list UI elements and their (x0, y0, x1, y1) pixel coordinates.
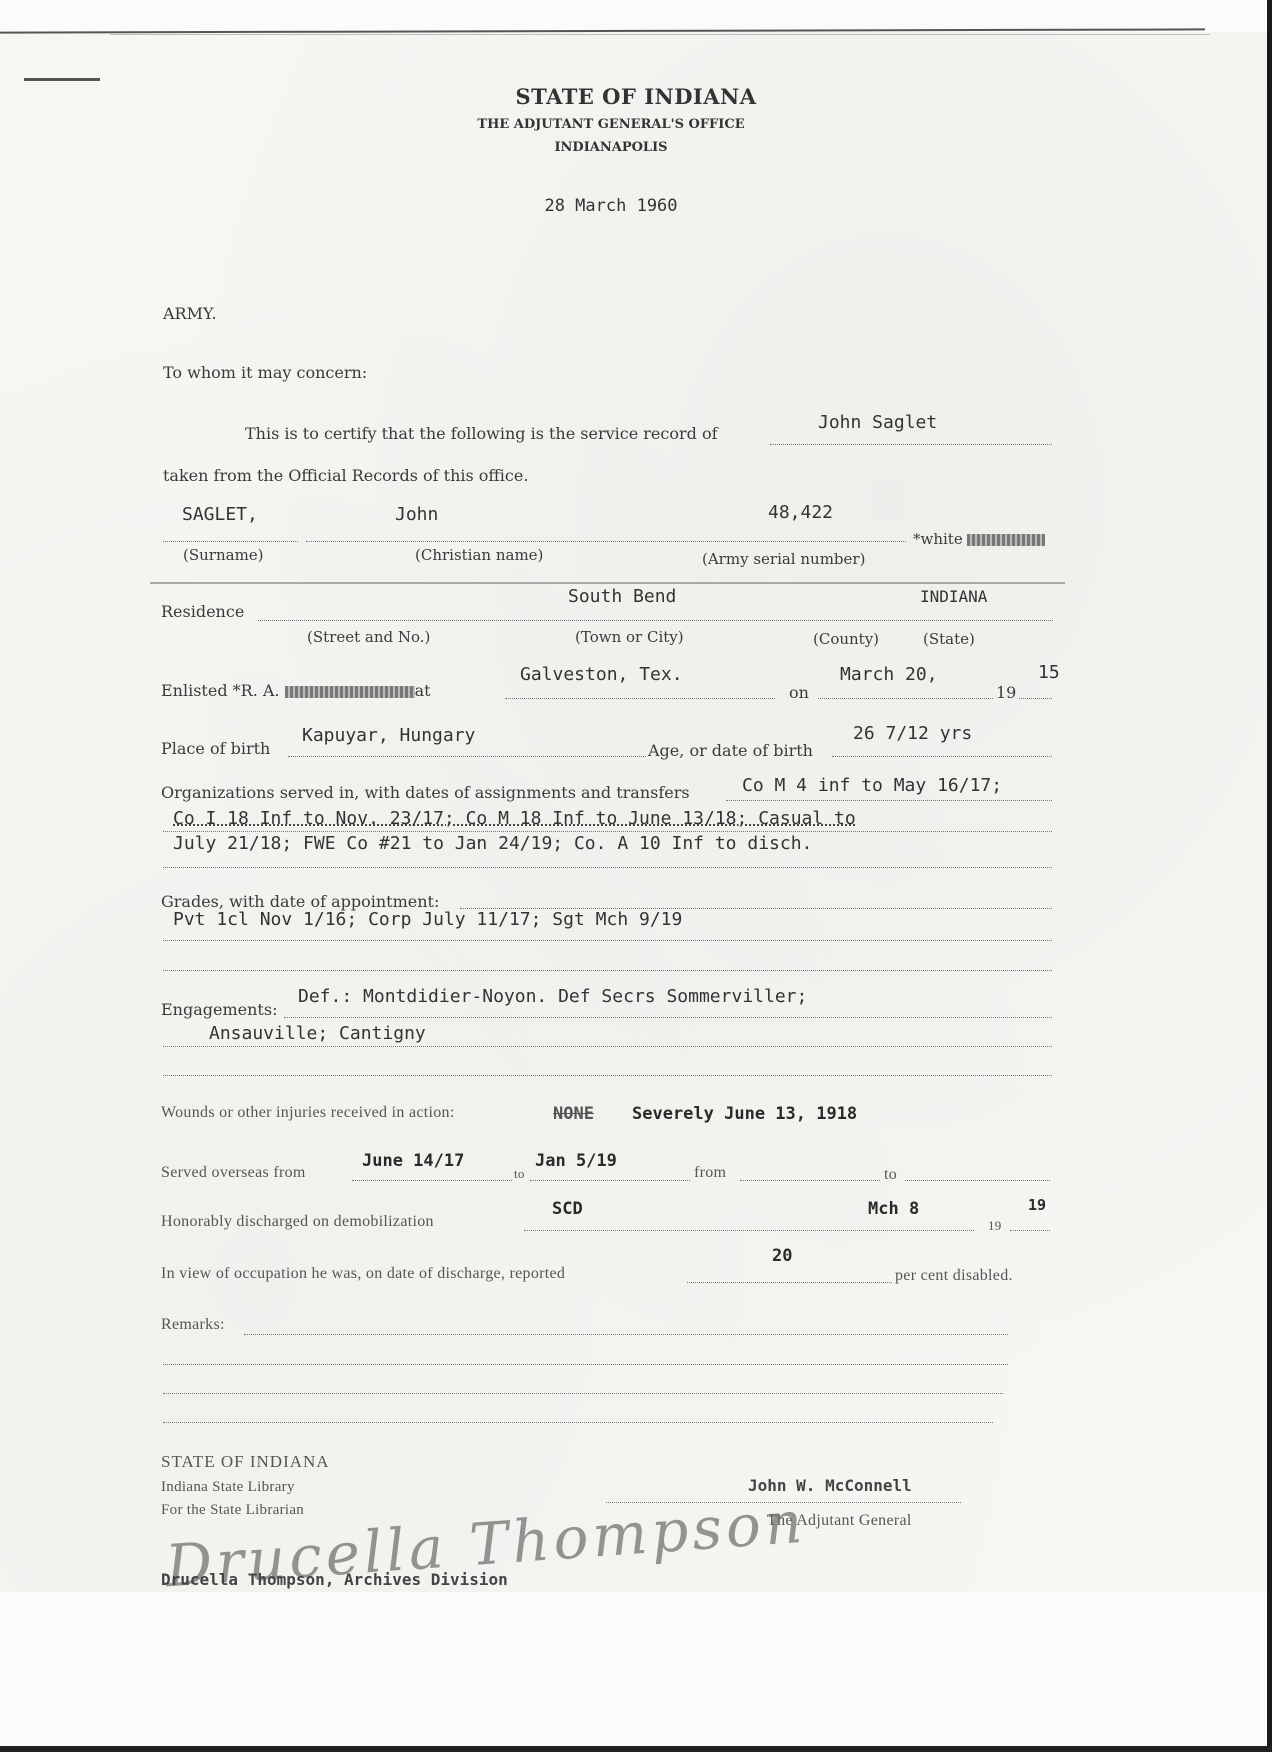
wounds-value: Severely June 13, 1918 (632, 1104, 857, 1124)
remarks-rule-1 (244, 1334, 1008, 1335)
town-caption: (Town or City) (575, 628, 684, 646)
surname-caption: (Surname) (183, 546, 264, 564)
scan-border-bottom (0, 1746, 1272, 1752)
age-label: Age, or date of birth (648, 741, 813, 760)
enlisted-place-line (505, 698, 775, 699)
certifier-state: STATE OF INDIANA (161, 1452, 330, 1472)
overseas-label: Served overseas from (161, 1164, 306, 1182)
serial-caption: (Army serial number) (702, 550, 865, 568)
state-caption: (State) (923, 630, 975, 648)
overseas-from2-line (740, 1180, 880, 1181)
discharge-value: SCD (552, 1199, 583, 1219)
grades-line-1: Pvt 1cl Nov 1/16; Corp July 11/17; Sgt M… (173, 909, 682, 930)
organizations-line-1: Co M 4 inf to May 16/17; (742, 775, 1002, 796)
engagements-line-1: Def.: Montdidier-Noyon. Def Secrs Sommer… (298, 986, 807, 1007)
engagements-rule-3 (163, 1075, 1052, 1076)
disability-line (687, 1282, 892, 1283)
wounds-struck-out: NONE (553, 1104, 594, 1124)
certifier-library: Indiana State Library (161, 1479, 295, 1496)
enlisted-label-text: Enlisted *R. A. (161, 681, 280, 700)
engagements-rule-2 (163, 1046, 1052, 1047)
overseas-to2-label: to (884, 1166, 897, 1184)
disability-suffix: per cent disabled. (895, 1267, 1013, 1285)
surname-line (163, 541, 298, 542)
certifier-typed-name: Drucella Thompson, Archives Division (161, 1570, 508, 1589)
residence-line (258, 620, 1053, 621)
discharge-line (524, 1230, 974, 1231)
enlisted-at-label: at (415, 681, 431, 700)
birth-place-line (288, 756, 646, 757)
letterhead-state: STATE OF INDIANA (0, 84, 1272, 109)
organizations-line-2: Co I 18 Inf to Nov. 23/17; Co M 18 Inf t… (173, 808, 856, 829)
engagements-line-2: Ansauville; Cantigny (209, 1023, 426, 1044)
remarks-rule-4 (163, 1422, 993, 1423)
adjutant-signature-line (606, 1502, 961, 1503)
residence-town-value: South Bend (568, 586, 676, 607)
margin-mark (24, 78, 100, 81)
remarks-rule-3 (163, 1393, 1003, 1394)
age-line (832, 756, 1052, 757)
christian-name-value: John (395, 504, 438, 525)
certified-name: John Saglet (818, 412, 937, 433)
enlisted-label: Enlisted *R. A. at (161, 681, 431, 700)
page-edge-rule-faint (110, 34, 1210, 35)
grades-rule-2 (163, 940, 1052, 941)
race-label: *white (913, 530, 963, 548)
enlisted-place-value: Galveston, Tex. (520, 664, 683, 685)
branch-label: ARMY. (163, 304, 217, 323)
street-caption: (Street and No.) (307, 628, 430, 646)
disability-label: In view of occupation he was, on date of… (161, 1265, 565, 1283)
county-caption: (County) (813, 630, 879, 648)
scan-border-right (1267, 0, 1272, 1752)
disability-value: 20 (772, 1246, 792, 1266)
section-rule (150, 582, 1065, 584)
document-date: 28 March 1960 (0, 196, 1222, 216)
discharge-year-prefix: 19 (988, 1218, 1002, 1234)
birth-place-value: Kapuyar, Hungary (302, 725, 475, 746)
enlisted-on-label: on (789, 683, 809, 702)
organizations-rule-1 (726, 800, 1052, 801)
overseas-to2-line (905, 1180, 1050, 1181)
discharge-date-value: Mch 8 (868, 1199, 919, 1219)
certify-text: This is to certify that the following is… (245, 424, 718, 443)
birth-place-label: Place of birth (161, 739, 270, 758)
wounds-label: Wounds or other injuries received in act… (161, 1104, 455, 1122)
surname-value: SAGLET, (182, 504, 258, 525)
overseas-from-value: June 14/17 (362, 1151, 464, 1171)
enlisted-year-line (1019, 698, 1052, 699)
overseas-from2-label: from (694, 1164, 726, 1182)
adjutant-title: The Adjutant General (767, 1512, 912, 1530)
overseas-from-line (352, 1180, 512, 1181)
letterhead-office: THE ADJUTANT GENERAL'S OFFICE (0, 117, 1222, 132)
remarks-label: Remarks: (161, 1316, 225, 1334)
enlisted-date-line (818, 698, 993, 699)
race-struck-out (967, 534, 1045, 546)
salutation: To whom it may concern: (163, 363, 367, 382)
engagements-label: Engagements: (161, 1000, 277, 1019)
name-serial-line (306, 541, 906, 542)
organizations-rule-2 (163, 831, 1052, 832)
christian-name-caption: (Christian name) (415, 546, 543, 564)
organizations-line-3: July 21/18; FWE Co #21 to Jan 24/19; Co.… (173, 833, 812, 854)
name-line (770, 444, 1052, 445)
letterhead-city: INDIANAPOLIS (0, 140, 1222, 155)
residence-label: Residence (161, 602, 244, 621)
overseas-to-label: to (514, 1166, 525, 1182)
discharge-label: Honorably discharged on demobilization (161, 1213, 434, 1231)
overseas-to-line (530, 1180, 690, 1181)
grades-rule-3 (163, 970, 1052, 971)
enlisted-year-prefix: 19 (996, 683, 1016, 702)
overseas-to-value: Jan 5/19 (535, 1151, 617, 1171)
organizations-label: Organizations served in, with dates of a… (161, 783, 690, 802)
residence-state-value: INDIANA (920, 587, 987, 606)
serial-number-value: 48,422 (768, 502, 833, 523)
discharge-year-value: 19 (1028, 1196, 1046, 1214)
race-field: *white (913, 530, 1045, 548)
certifier-for: For the State Librarian (161, 1502, 304, 1519)
adjutant-name: John W. McConnell (748, 1476, 912, 1495)
records-source: taken from the Official Records of this … (163, 466, 528, 485)
discharge-year-line (1010, 1230, 1050, 1231)
remarks-rule-2 (163, 1364, 1008, 1365)
enlisted-struck-out (285, 686, 415, 698)
organizations-rule-3 (163, 867, 1052, 868)
engagements-rule-1 (284, 1017, 1052, 1018)
age-value: 26 7/12 yrs (853, 723, 972, 744)
enlisted-year-value: 15 (1038, 662, 1060, 683)
enlisted-date-value: March 20, (840, 664, 938, 685)
